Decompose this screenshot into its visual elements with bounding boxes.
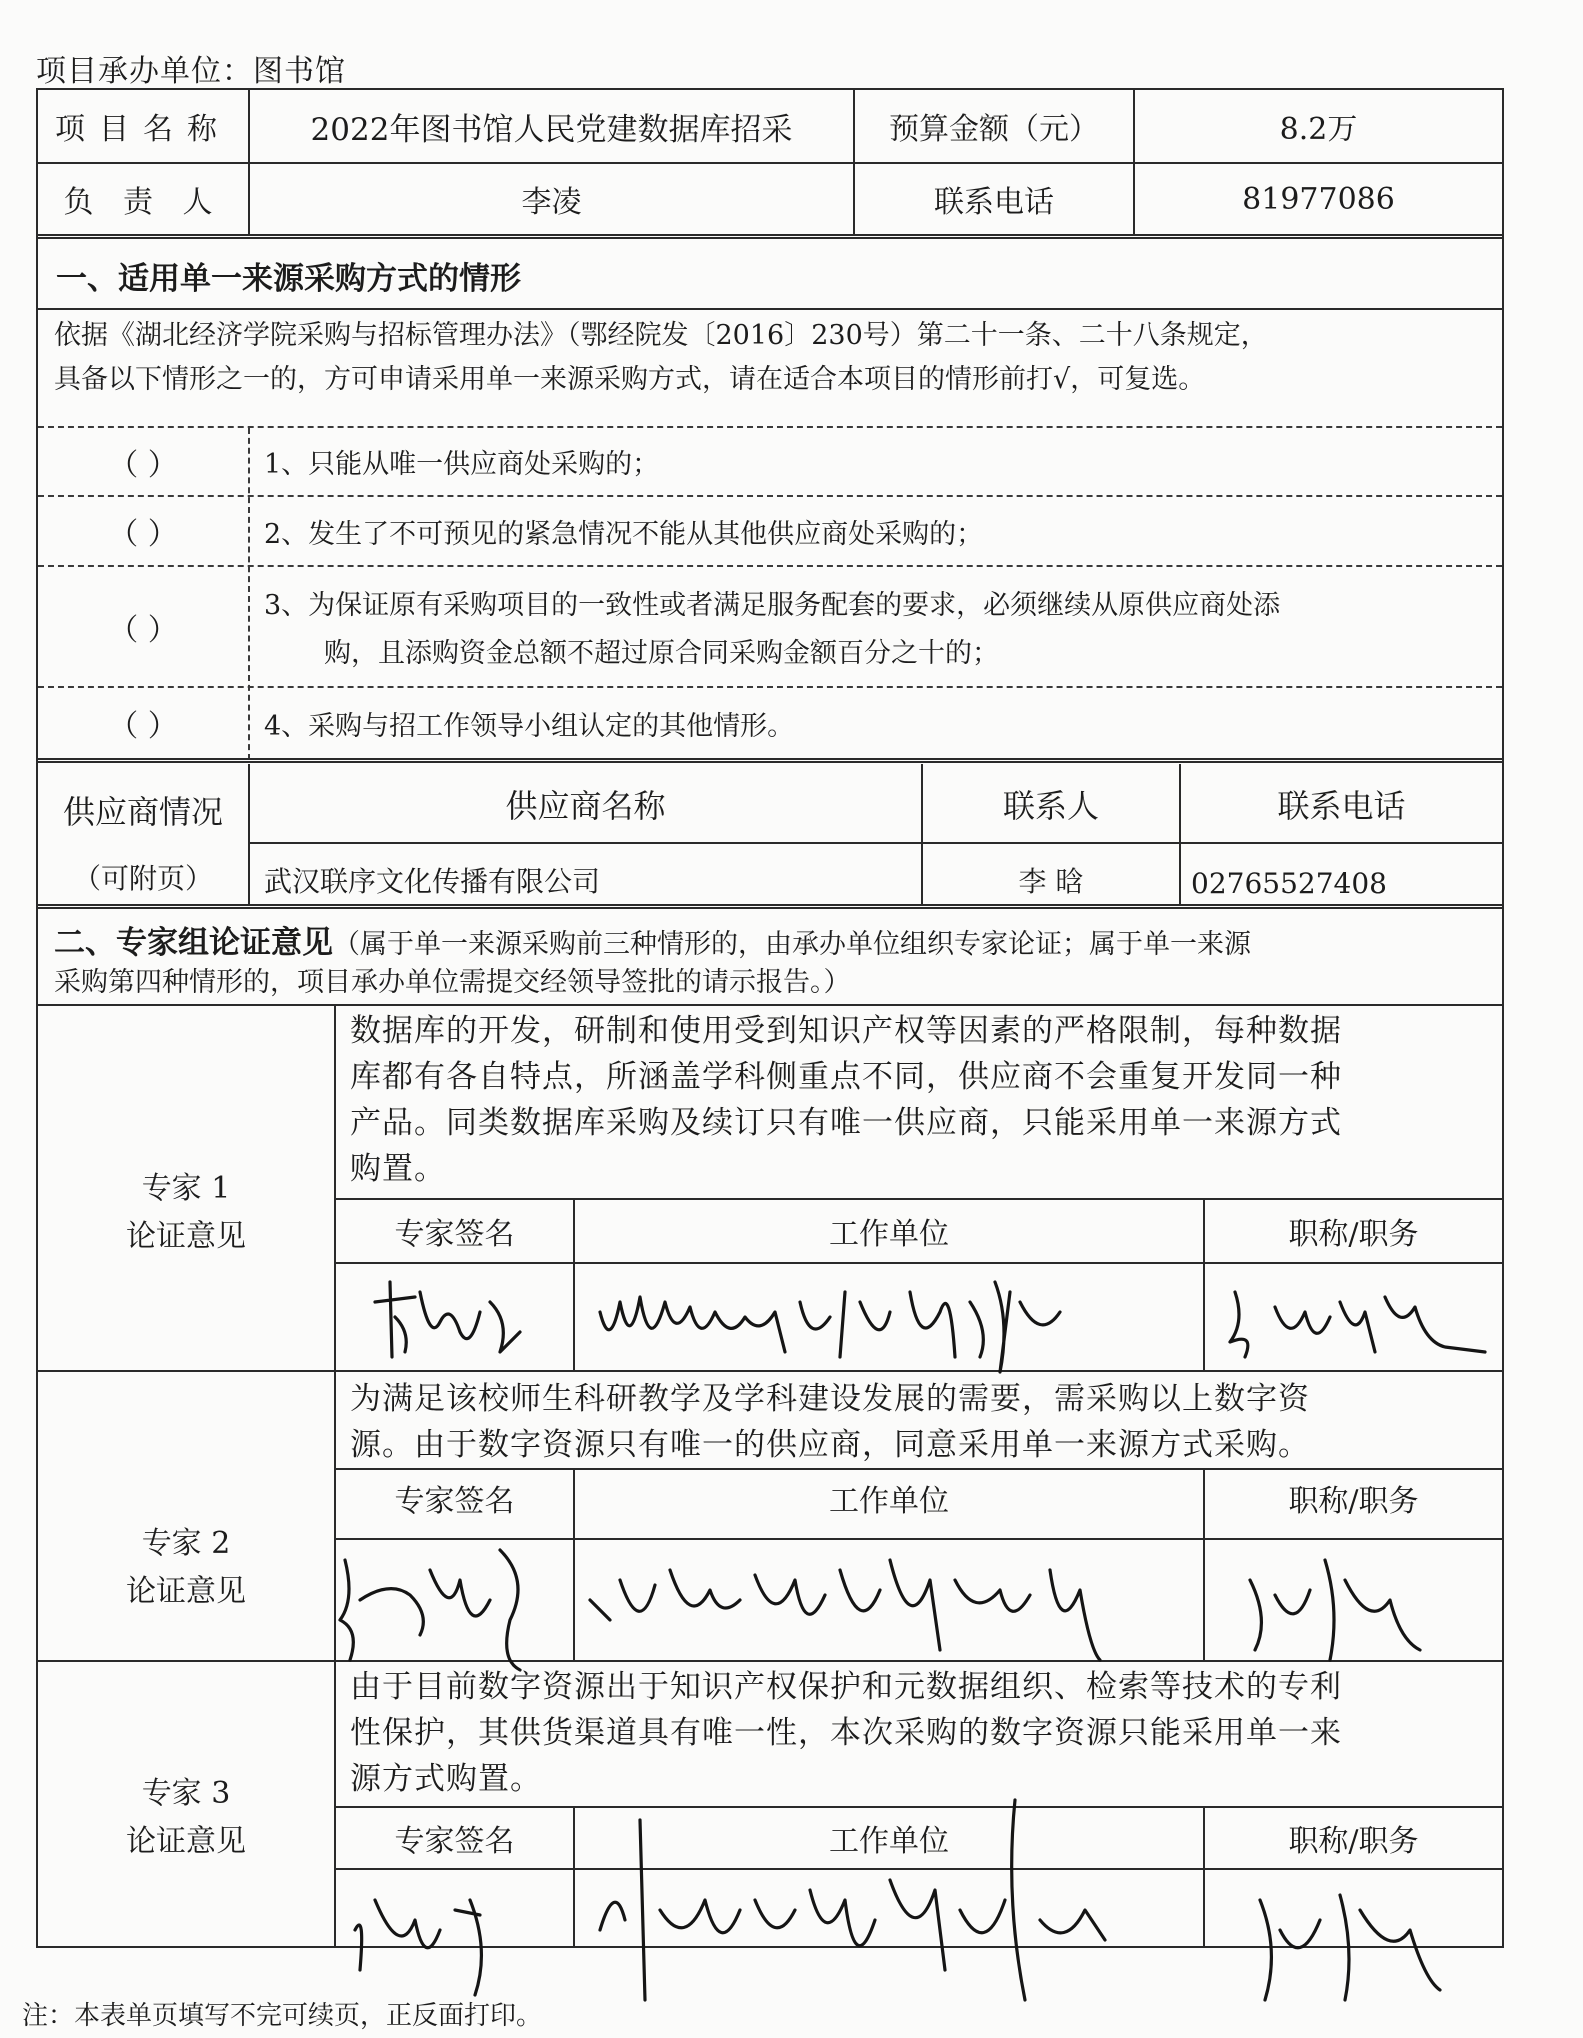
opinion-line: 源。由于数字资源只有唯一的供应商，同意采用单一来源方式采购。 [350,1422,1500,1468]
expert-3-opinion: 由于目前数字资源出于知识产权保护和元数据组织、检索等技术的专利 性保护，其供货渠… [350,1664,1500,1802]
expert-1-sign-header: 专家签名 [336,1200,573,1262]
divider [38,758,1502,763]
expert-3-title-header: 职称/职务 [1205,1808,1502,1868]
supplier-name: 武汉联序文化传播有限公司 [250,850,921,904]
supplier-header-contact: 联系人 [923,766,1179,842]
expert-3-label-opinion: 论证意见 [38,1813,334,1863]
supplier-contact: 李 晗 [923,850,1179,904]
expert-2-opinion: 为满足该校师生科研教学及学科建设发展的需要，需采购以上数字资 源。由于数字资源只… [350,1376,1500,1468]
expert-1-opinion: 数据库的开发，研制和使用受到知识产权等因素的严格限制，每种数据 库都有各自特点，… [350,1008,1500,1192]
supplier-header-phone: 联系电话 [1181,766,1502,842]
owner-label: 负 责 人 [38,164,248,234]
expert-2-signature [330,1540,580,1670]
project-name-value: 2022年图书馆人民党建数据库招采 [250,90,853,162]
opinion-line: 产品。同类数据库采购及续订只有唯一供应商，只能采用单一来源方式 [350,1100,1500,1146]
option-1-checkbox[interactable]: （ ） [38,428,248,495]
option-3-text: 3、为保证原有采购项目的一致性或者满足服务配套的要求，必须继续从原供应商处添 购… [264,582,1500,678]
divider [38,1004,1502,1006]
phone-value: 81977086 [1135,164,1502,234]
expert-2-workplace-signature [580,1540,1200,1670]
divider [38,904,1502,909]
opinion-line: 购置。 [350,1146,1500,1192]
section2-title: 二、专家组论证意见 [54,925,333,961]
expert-3-sign-header: 专家签名 [336,1808,573,1868]
option-1-text: 1、只能从唯一供应商处采购的； [250,428,1500,495]
footer-note: 注：本表单页填写不完可续页，正反面打印。 [22,1995,542,2032]
expert-3-title-signature [1240,1870,1470,2010]
divider [38,234,1502,239]
owner-value: 李凌 [250,164,853,234]
expert-1-workplace-header: 工作单位 [575,1200,1203,1262]
option-3-line: 购，且添购资金总额不超过原合同采购金额百分之十的； [264,630,1500,678]
budget-label: 预算金额（元） [855,90,1133,162]
section2-note-line2: 采购第四种情形的，项目承办单位需提交经领导签批的请示报告。） [54,964,1494,1002]
supplier-phone: 02765527408 [1181,850,1502,904]
expert-1-title-signature [1215,1262,1495,1372]
project-unit-value: 图书馆 [253,54,346,89]
opinion-line: 数据库的开发，研制和使用受到知识产权等因素的严格限制，每种数据 [350,1008,1500,1054]
expert-1-workplace-signature [590,1262,1150,1372]
expert-1-signature [370,1262,550,1372]
option-4-checkbox[interactable]: （ ） [38,688,248,758]
section1-intro: 依据《湖北经济学院采购与招标管理办法》（鄂经院发〔2016〕230号）第二十一条… [54,314,1494,402]
divider [250,842,1502,844]
opinion-line: 为满足该校师生科研教学及学科建设发展的需要，需采购以上数字资 [350,1376,1500,1422]
expert-1-title-header: 职称/职务 [1205,1200,1502,1262]
expert-3-signature [340,1870,570,2000]
expert-1-label-opinion: 论证意见 [38,1208,334,1258]
phone-label: 联系电话 [855,164,1133,234]
expert-1-label: 专家 1 [38,1160,334,1210]
expert-3-label: 专家 3 [38,1765,334,1815]
expert-2-sign-header: 专家签名 [336,1470,573,1530]
expert-2-title-signature [1230,1540,1470,1670]
option-3-line: 3、为保证原有采购项目的一致性或者满足服务配套的要求，必须继续从原供应商处添 [264,582,1500,630]
supplier-label: 供应商情况 [38,770,248,850]
expert-2-label-opinion: 论证意见 [38,1563,334,1613]
project-unit-line: 项目承办单位：图书馆 [36,46,346,90]
section1-intro-line: 具备以下情形之一的，方可申请采用单一来源采购方式，请在适合本项目的情形前打√，可… [54,358,1494,402]
budget-value: 8.2万 [1135,90,1502,162]
option-4-text: 4、采购与招工作领导小组认定的其他情形。 [250,688,1500,758]
expert-3-workplace-signature [585,1800,1185,2000]
opinion-line: 库都有各自特点，所涵盖学科侧重点不同，供应商不会重复开发同一种 [350,1054,1500,1100]
section1-intro-line: 依据《湖北经济学院采购与招标管理办法》（鄂经院发〔2016〕230号）第二十一条… [54,314,1494,358]
section2-note: （属于单一来源采购前三种情形的，由承办单位组织专家论证；属于单一来源 [333,929,1251,960]
supplier-sublabel: （可附页） [38,850,248,904]
option-2-checkbox[interactable]: （ ） [38,497,248,565]
expert-2-workplace-header: 工作单位 [575,1470,1203,1530]
section1-title: 一、适用单一来源采购方式的情形 [38,240,1502,310]
opinion-line: 源方式购置。 [350,1756,1500,1802]
supplier-header-name: 供应商名称 [250,766,921,842]
option-3-checkbox[interactable]: （ ） [38,567,248,686]
opinion-line: 由于目前数字资源出于知识产权保护和元数据组织、检索等技术的专利 [350,1664,1500,1710]
section2-header: 二、专家组论证意见（属于单一来源采购前三种情形的，由承办单位组织专家论证；属于单… [54,924,1494,1002]
divider [38,308,1502,310]
opinion-line: 性保护，其供货渠道具有唯一性，本次采购的数字资源只能采用单一来 [350,1710,1500,1756]
expert-2-label: 专家 2 [38,1515,334,1565]
project-name-label: 项目名称 [38,90,248,162]
option-2-text: 2、发生了不可预见的紧急情况不能从其他供应商处采购的； [250,497,1500,565]
project-unit-label: 项目承办单位： [36,54,253,89]
expert-2-title-header: 职称/职务 [1205,1470,1502,1530]
divider [38,565,1502,567]
